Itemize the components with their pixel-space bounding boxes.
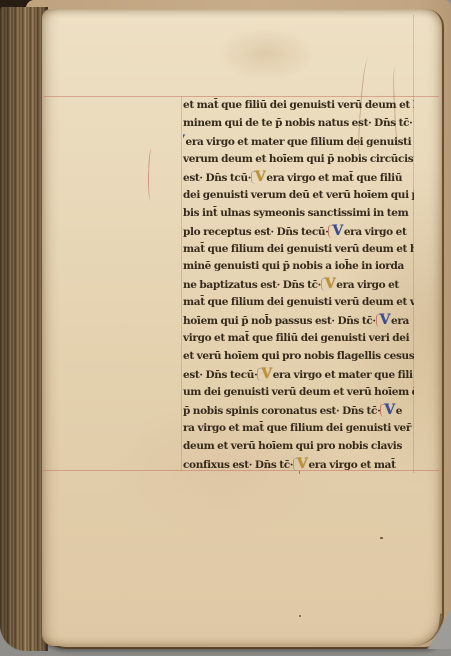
text-segment: deum et verū hoīem qui pro nobis clavis	[183, 440, 402, 452]
ruling-line-left	[181, 96, 182, 471]
text-line: et verū hoīem qui pro nobis flagellis ce…	[183, 348, 414, 366]
text-segment: era virgo et mater que fili	[273, 369, 413, 381]
text-line: ra virgo et mat̄ que filium dei genuisti…	[183, 420, 414, 438]
text-segment: hoīem qui p̄ nob̄ passus est· Dn̄s tc̄·	[183, 315, 379, 327]
decorated-initial: V	[379, 312, 392, 330]
text-segment: era	[391, 315, 409, 327]
text-line: verum deum et hoīem qui p̄ nobis circūci…	[183, 151, 414, 169]
text-segment: virgo et mat̄ que filiū dei genuisti ver…	[183, 332, 409, 344]
text-line: et mat̄ que filiū dei genuisti verū deum…	[183, 97, 414, 115]
text-line: minē genuisti qui p̄ nobis a ioh̄e in io…	[183, 258, 414, 276]
text-line: ne baptizatus est· Dn̄s tc̄· Vera virgo …	[183, 276, 414, 294]
text-line: minem qui de te p̄ nobis natus est· Dn̄s…	[183, 115, 414, 133]
ink-speck	[299, 615, 301, 617]
text-segment: et verū hoīem qui pro nobis flagellis ce…	[183, 350, 414, 362]
text-segment: mat̄ que filium dei genuisti verū deum e…	[183, 296, 414, 308]
background-surface-notch	[427, 609, 451, 649]
text-segment: confixus est· Dn̄s tc̄·	[183, 459, 296, 471]
text-segment: dei genuisti verum deū et verū hoīem qui…	[183, 189, 414, 201]
decorated-initial: V	[260, 366, 273, 384]
text-segment: est· Dn̄s tecū·	[183, 369, 260, 381]
text-line: mat̄ que filium dei genuisti verū deum e…	[183, 241, 414, 259]
decorated-initial: V	[296, 456, 309, 474]
text-line: mat̄ que filium dei genuisti verū deum e…	[183, 294, 414, 312]
text-segment: et mat̄ que filiū dei genuisti verū deum…	[183, 99, 414, 111]
text-segment: plo receptus est· Dn̄s tecū·	[183, 226, 331, 238]
text-line: plo receptus est· Dn̄s tecū· Vera virgo …	[183, 223, 414, 241]
text-line: bis int̄ ulnas symeonis sanctissimi in t…	[183, 205, 414, 223]
text-line: Vera virgo et mater que filium dei genui…	[183, 133, 414, 151]
text-line: est· Dn̄s tecū· Vera virgo et mater que …	[183, 366, 414, 384]
text-line: virgo et mat̄ que filiū dei genuisti ver…	[183, 330, 414, 348]
page-edge-stack	[0, 7, 48, 651]
manuscript-photo: et mat̄ que filiū dei genuisti verū deum…	[0, 0, 451, 656]
text-line: dei genuisti verum deū et verū hoīem qui…	[183, 187, 414, 205]
text-segment: mat̄ que filium dei genuisti verū deum e…	[183, 243, 414, 255]
text-segment: um dei genuisti verū deum et verū hoīem …	[183, 386, 414, 398]
manuscript-page: et mat̄ que filiū dei genuisti verū deum…	[42, 9, 444, 646]
text-line: est· Dn̄s tcū· Vera virgo et mat̄ que fi…	[183, 169, 414, 187]
text-segment: minem qui de te p̄ nobis natus est· Dn̄s…	[183, 117, 412, 129]
decorated-initial: V	[183, 133, 186, 151]
text-segment: est· Dn̄s tcū·	[183, 172, 254, 184]
text-segment: bis int̄ ulnas symeonis sanctissimi in t…	[183, 207, 408, 219]
text-segment: p̄ nobis spinis coronatus est· Dn̄s tc̄·	[183, 405, 383, 417]
text-segment: era virgo et mat̄	[308, 459, 395, 471]
text-column: et mat̄ que filiū dei genuisti verū deum…	[183, 97, 414, 474]
text-line: hoīem qui p̄ nob̄ passus est· Dn̄s tc̄· …	[183, 312, 414, 330]
text-segment: era virgo et	[344, 226, 407, 238]
text-segment: era virgo et mat̄ que filiū	[266, 172, 402, 184]
decorated-initial: V	[254, 169, 267, 187]
text-line: um dei genuisti verū deum et verū hoīem …	[183, 384, 414, 402]
text-segment: ne baptizatus est· Dn̄s tc̄·	[183, 279, 324, 291]
text-segment: minē genuisti qui p̄ nobis a ioh̄e in io…	[183, 260, 404, 272]
text-segment: ra virgo et mat̄ que filium dei genuisti…	[183, 422, 411, 434]
text-segment: era virgo et	[336, 279, 399, 291]
text-line: deum et verū hoīem qui pro nobis clavis	[183, 438, 414, 456]
decorated-initial: V	[331, 223, 344, 241]
text-segment: verum deum et hoīem qui p̄ nobis circūci…	[183, 153, 414, 165]
text-line: confixus est· Dn̄s tc̄· Vera virgo et ma…	[183, 456, 414, 474]
text-segment: e	[396, 405, 402, 417]
decorated-initial: V	[383, 402, 396, 420]
ink-speck	[380, 537, 383, 539]
text-line: p̄ nobis spinis coronatus est· Dn̄s tc̄·…	[183, 402, 414, 420]
red-penwork-margin	[147, 149, 155, 201]
decorated-initial: V	[324, 276, 337, 294]
text-segment: era virgo et mater que filium dei genuis…	[186, 136, 412, 148]
